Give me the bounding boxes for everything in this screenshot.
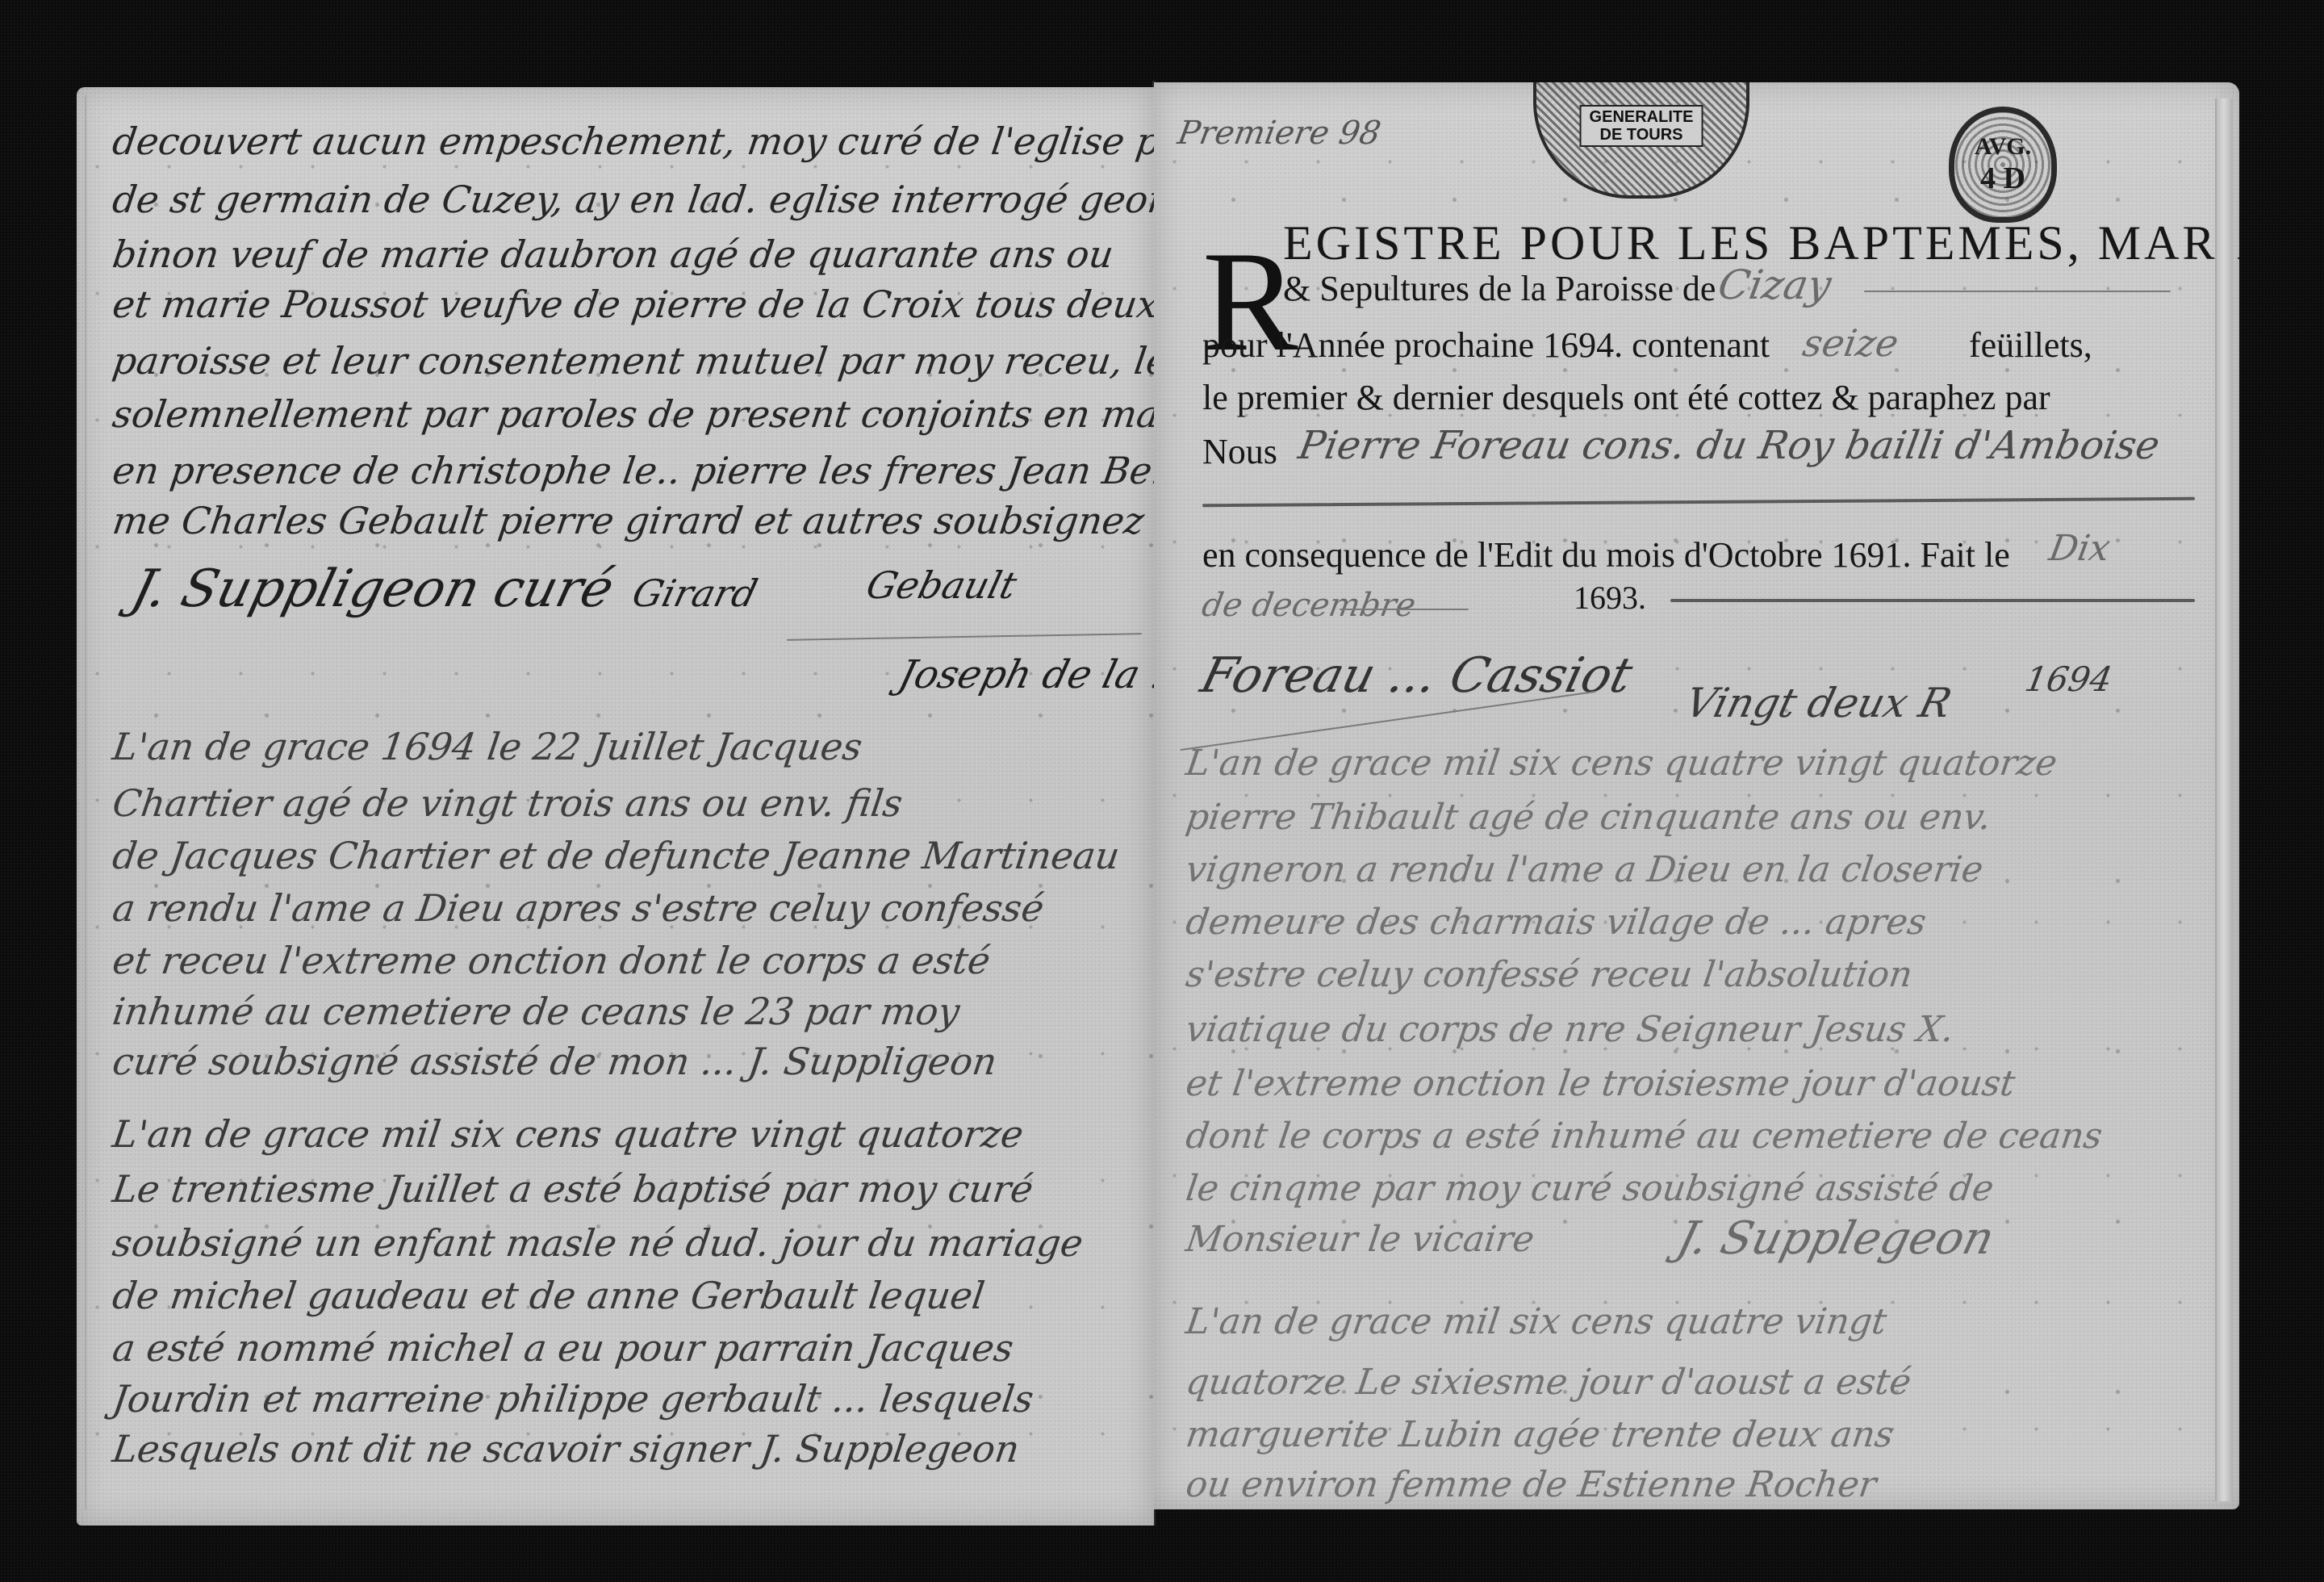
text-line: soubsigné un enfant masle né dud. jour d… xyxy=(110,1221,1085,1265)
text-line: curé soubsigné assisté de mon ... J. Sup… xyxy=(110,1040,1000,1083)
text-line: dont le corps a esté inhumé au cemetiere… xyxy=(1183,1115,2105,1157)
text-line: pierre Thibault agé de cinquante ans ou … xyxy=(1183,797,1993,838)
margin-note: Joseph de la ... xyxy=(894,652,1154,697)
text-line: de michel gaudeau et de anne Gerbault le… xyxy=(110,1274,987,1317)
text-line: L'an de grace 1694 le 22 Juillet Jacques xyxy=(110,725,865,768)
corner-note: Premiere 98 xyxy=(1175,115,1384,152)
parish-name-field: Cizay xyxy=(1715,262,1835,308)
text-line: de Jacques Chartier et de defuncte Jeann… xyxy=(110,834,1122,877)
tax-seal-stamp: AVG. 4 D xyxy=(1949,107,2057,223)
text-line: viatique du corps de nre Seigneur Jesus … xyxy=(1183,1009,1956,1050)
text-line: a esté nommé michel a eu pour parrain Ja… xyxy=(110,1326,1016,1370)
text-line: marguerite Lubin agée trente deux ans xyxy=(1183,1414,1896,1455)
text-line: Jourdin et marreine philippe gerbault ..… xyxy=(110,1377,1036,1421)
text-line: inhumé au cemetiere de ceans le 23 par m… xyxy=(110,990,962,1033)
generality-tours-stamp: GENERALITE DE TOURS xyxy=(1533,82,1749,199)
fill-line xyxy=(1670,599,2195,602)
signature-underline xyxy=(787,633,1142,641)
text-line: a rendu l'ame a Dieu apres s'estre celuy… xyxy=(110,886,1047,930)
text-line: vigneron a rendu l'ame a Dieu en la clos… xyxy=(1183,849,1985,890)
text-line: L'an de grace mil six cens quatre vingt … xyxy=(110,1112,1026,1156)
seal-bottom-text: 4 D xyxy=(1980,161,2025,196)
signature-supplegeon: J. Supplegeon xyxy=(1672,1212,2000,1265)
fill-line xyxy=(1340,609,1469,610)
text-line: de st germain de Cuzey, ay en lad. eglis… xyxy=(110,178,1154,221)
fill-line xyxy=(1864,291,2171,292)
signature-girard: Girard xyxy=(628,571,762,615)
signature-gebault: Gebault xyxy=(862,563,1021,607)
stamp-banner: GENERALITE DE TOURS xyxy=(1580,105,1703,147)
header-line-paraphez: le premier & dernier desquels ont été co… xyxy=(1202,377,2050,418)
text-line: s'estre celuy confessé receu l'absolutio… xyxy=(1183,954,1915,995)
text-line: demeure des charmais vilage de ... apres xyxy=(1183,902,1929,943)
text-line: et l'extreme onction le troisiesme jour … xyxy=(1183,1063,2017,1104)
header-text: & Sepultures de la Paroisse de xyxy=(1283,269,1716,308)
year-note: 1694 xyxy=(2022,659,2116,699)
sheet-count-field: seize xyxy=(1799,321,1902,365)
official-name-field: Pierre Foreau cons. du Roy bailli d'Ambo… xyxy=(1295,423,2163,468)
text-line: me Charles Gebault pierre girard et autr… xyxy=(110,499,1147,542)
text-line: en presence de christophe le.. pierre le… xyxy=(110,449,1154,492)
text-line: et receu l'extreme onction dont le corps… xyxy=(110,939,993,982)
text-line: decouvert aucun empeschement, moy curé d… xyxy=(110,119,1154,163)
text-line: solemnellement par paroles de present co… xyxy=(110,392,1154,436)
seal-top-text: AVG. xyxy=(1975,133,2031,161)
text-line: Lesquels ont dit ne scavoir signer J. Su… xyxy=(110,1427,1022,1471)
text-line: et marie Poussot veufve de pierre de la … xyxy=(110,282,1154,326)
header-line-edit: en consequence de l'Edit du mois d'Octob… xyxy=(1202,534,2010,575)
text-line: le cinqme par moy curé soubsigné assisté… xyxy=(1183,1168,1996,1209)
paraph-note: Vingt deux R xyxy=(1681,680,1956,726)
text-line: Monsieur le vicaire xyxy=(1183,1219,1536,1260)
signature-curé: J. Suppligeon curé xyxy=(126,559,620,619)
text-line: paroisse et leur consentement mutuel par… xyxy=(110,339,1154,383)
header-feuillets: feüillets, xyxy=(1969,324,2092,366)
date-day-field: Dix xyxy=(2046,528,2113,569)
text-line: quatorze Le sixiesme jour d'aoust a esté xyxy=(1183,1362,1913,1403)
text-line: ou environ femme de Estienne Rocher xyxy=(1183,1464,1879,1505)
text-line: Le trentiesme Juillet a esté baptisé par… xyxy=(110,1167,1036,1211)
header-line-nous: Nous xyxy=(1202,431,1277,472)
left-page: decouvert aucun empeschement, moy curé d… xyxy=(77,87,1154,1525)
right-page: Premiere 98 GENERALITE DE TOURS AVG. 4 D… xyxy=(1154,82,2239,1509)
header-text: pour l'Année prochaine 1694. contenant xyxy=(1202,325,1770,365)
date-year: 1693. xyxy=(1574,579,1646,617)
fill-line xyxy=(1202,497,2195,508)
text-line: Chartier agé de vingt trois ans ou env. … xyxy=(110,781,905,825)
header-line-year: pour l'Année prochaine 1694. contenant xyxy=(1202,324,1770,366)
header-line-parish: & Sepultures de la Paroisse de xyxy=(1283,268,1716,309)
text-line: L'an de grace mil six cens quatre vingt … xyxy=(1183,743,2059,784)
date-month-field: de decembre xyxy=(1199,587,1419,624)
text-line: L'an de grace mil six cens quatre vingt xyxy=(1183,1301,1889,1342)
text-line: binon veuf de marie daubron agé de quara… xyxy=(110,232,1116,276)
